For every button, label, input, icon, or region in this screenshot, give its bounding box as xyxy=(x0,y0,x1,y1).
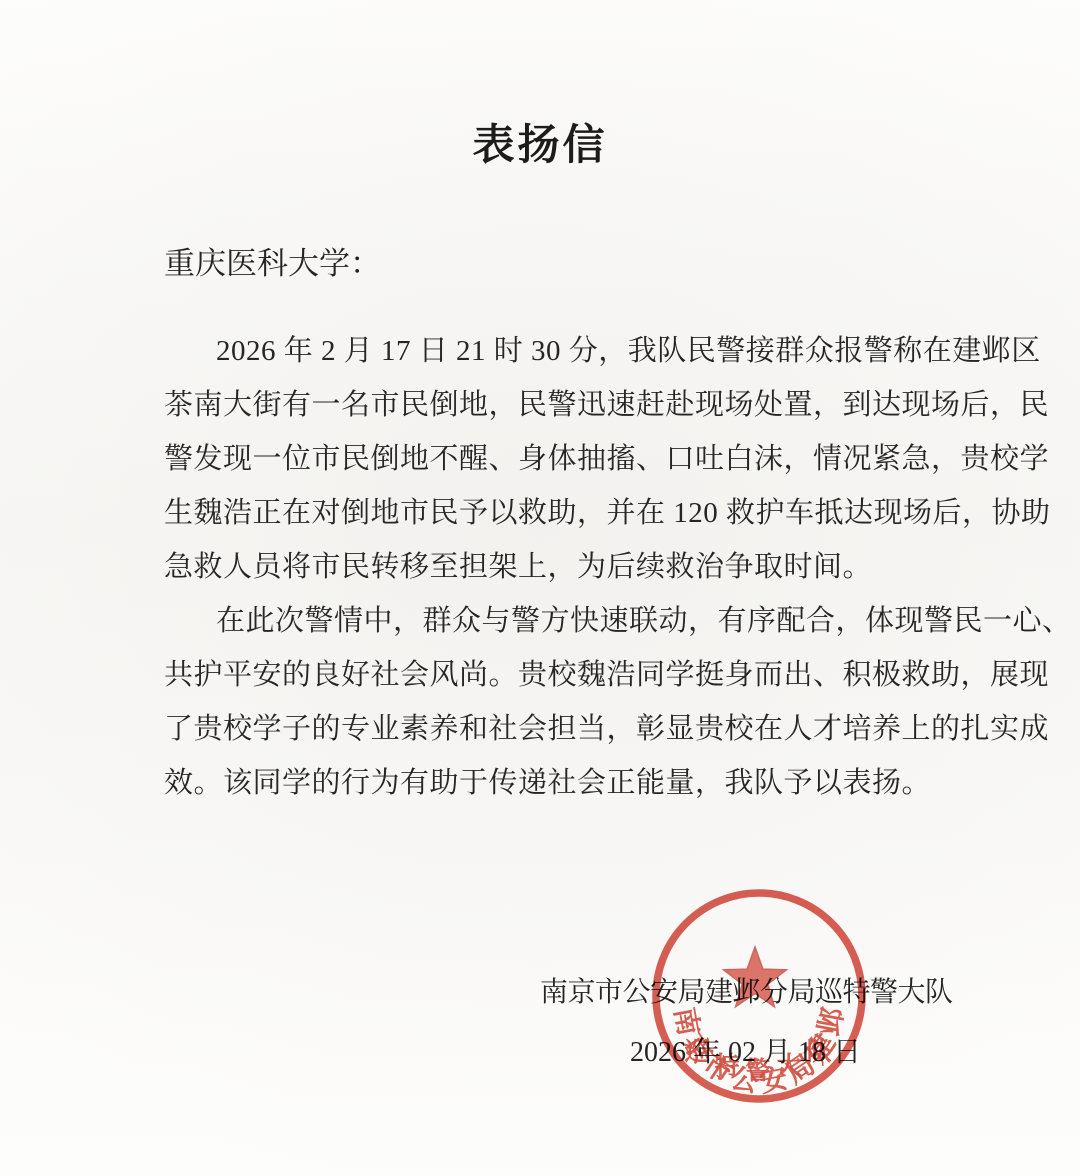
body-line: 2026 年 2 月 17 日 21 时 30 分，我队民警接群众报警称在建邺区 xyxy=(164,324,932,378)
body-line: 共护平安的良好社会风尚。贵校魏浩同学挺身而出、积极救助，展现 xyxy=(164,648,932,702)
seal-star xyxy=(724,947,787,1007)
body-line: 了贵校学子的专业素养和社会担当，彰显贵校在人才培养上的扎实成 xyxy=(164,702,932,756)
letter-title: 表扬信 xyxy=(0,112,1080,172)
svg-text:巡: 巡 xyxy=(684,1038,710,1066)
salutation: 重庆医科大学： xyxy=(164,238,381,283)
body-line: 生魏浩正在对倒地市民予以救助，并在 120 救护车抵达现场后，协助 xyxy=(164,486,932,540)
body-line: 茶南大街有一名市民倒地，民警迅速赶赴现场处置，到达现场后，民 xyxy=(164,378,932,432)
svg-text:队: 队 xyxy=(806,1038,831,1066)
body-line: 急救人员将市民转移至担架上，为后续救治争取时间。 xyxy=(164,540,932,594)
official-seal: 南京市公安局建邺 巡 特 警 大 队 xyxy=(641,880,873,1112)
body-line: 警发现一位市民倒地不醒、身体抽搐、口吐白沫，情况紧急，贵校学 xyxy=(164,432,932,486)
body-line: 在此次警情中，群众与警方快速联动，有序配合，体现警民一心、 xyxy=(164,594,932,648)
letter-body: 2026 年 2 月 17 日 21 时 30 分，我队民警接群众报警称在建邺区… xyxy=(164,324,932,810)
svg-text:特: 特 xyxy=(714,1052,739,1080)
body-line: 效。该同学的行为有助于传递社会正能量，我队予以表扬。 xyxy=(164,756,932,810)
letter-page: 表扬信 重庆医科大学： 2026 年 2 月 17 日 21 时 30 分，我队… xyxy=(0,0,1080,1176)
svg-text:大: 大 xyxy=(776,1052,801,1080)
svg-text:警: 警 xyxy=(745,1057,770,1085)
